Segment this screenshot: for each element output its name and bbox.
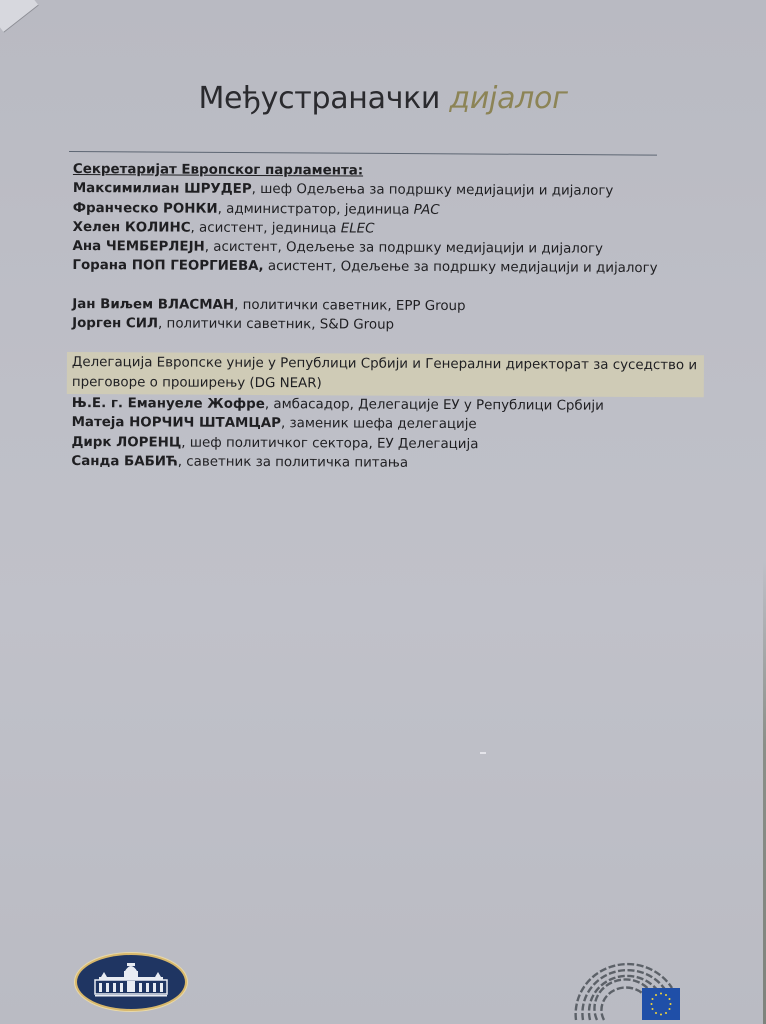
title-main: Међустраначки — [198, 81, 440, 116]
person-role: , амбасадор, Делегације ЕУ у Републици С… — [265, 397, 604, 414]
person-name: Горана ПОП ГЕОРГИЕВА, — [72, 258, 263, 274]
person-name: Матеја НОРЧИЧ ШТАМЦАР — [72, 415, 281, 431]
list-item: Јорген СИЛ, политички саветник, S&D Grou… — [72, 314, 732, 337]
section-heading-eu-delegation: Делегација Европске уније у Републици Ср… — [72, 353, 704, 395]
participant-list: Секретаријат Европског парламента: Макси… — [71, 160, 733, 475]
hemicycle-eu-flag-icon — [570, 960, 682, 1022]
paper-speck — [480, 752, 486, 754]
highlighted-section-heading: Делегација Европске уније у Републици Ср… — [67, 352, 704, 397]
list-item: Горана ПОП ГЕОРГИЕВА, асистент, Одељење … — [72, 256, 732, 279]
person-name: Јан Виљем ВЛАСМАН — [72, 297, 234, 313]
person-name: Максимилиан ШРУДЕР — [73, 181, 252, 197]
assembly-building-icon — [77, 955, 185, 1009]
unit-code: PAC — [414, 202, 440, 217]
person-name: Франческо РОНКИ — [73, 201, 218, 217]
document-title: Међустраначки дијалог — [0, 81, 766, 116]
person-role: , саветник за политичка питања — [178, 454, 408, 470]
unit-code: ELEC — [341, 221, 375, 236]
person-name: Хелен КОЛИНС — [73, 220, 191, 236]
european-parliament-logo — [570, 960, 682, 1022]
person-role: асистент, Одељење за подршку медијацији … — [264, 259, 658, 276]
person-role: , заменик шефа делегације — [281, 416, 477, 432]
person-role: , асистент, јединица — [191, 221, 341, 237]
list-item: Санда БАБИЋ, саветник за политичка питањ… — [71, 452, 731, 475]
person-name: Њ.Е. г. Емануеле Жофре — [72, 396, 265, 412]
person-role: , политички саветник, EPP Group — [234, 298, 465, 314]
person-role: , шеф политичког сектора, ЕУ Делегација — [181, 435, 478, 452]
title-divider — [69, 151, 657, 156]
person-name: Санда БАБИЋ — [71, 454, 177, 470]
folded-page-corner — [0, 0, 39, 33]
national-assembly-logo — [77, 955, 185, 1009]
person-name: Јорген СИЛ — [72, 316, 158, 331]
person-name: Дирк ЛОРЕНЦ — [71, 435, 181, 451]
person-role: , политички саветник, S&D Group — [158, 317, 394, 333]
title-accent: дијалог — [449, 81, 567, 116]
person-role: , шеф Одељења за подршку медијацији и ди… — [252, 182, 614, 199]
person-role: , асистент, Одељење за подршку медијациј… — [205, 240, 603, 257]
person-name: Ана ЧЕМБЕРЛЕЈН — [73, 239, 205, 255]
person-role: , администратор, јединица — [218, 201, 414, 217]
